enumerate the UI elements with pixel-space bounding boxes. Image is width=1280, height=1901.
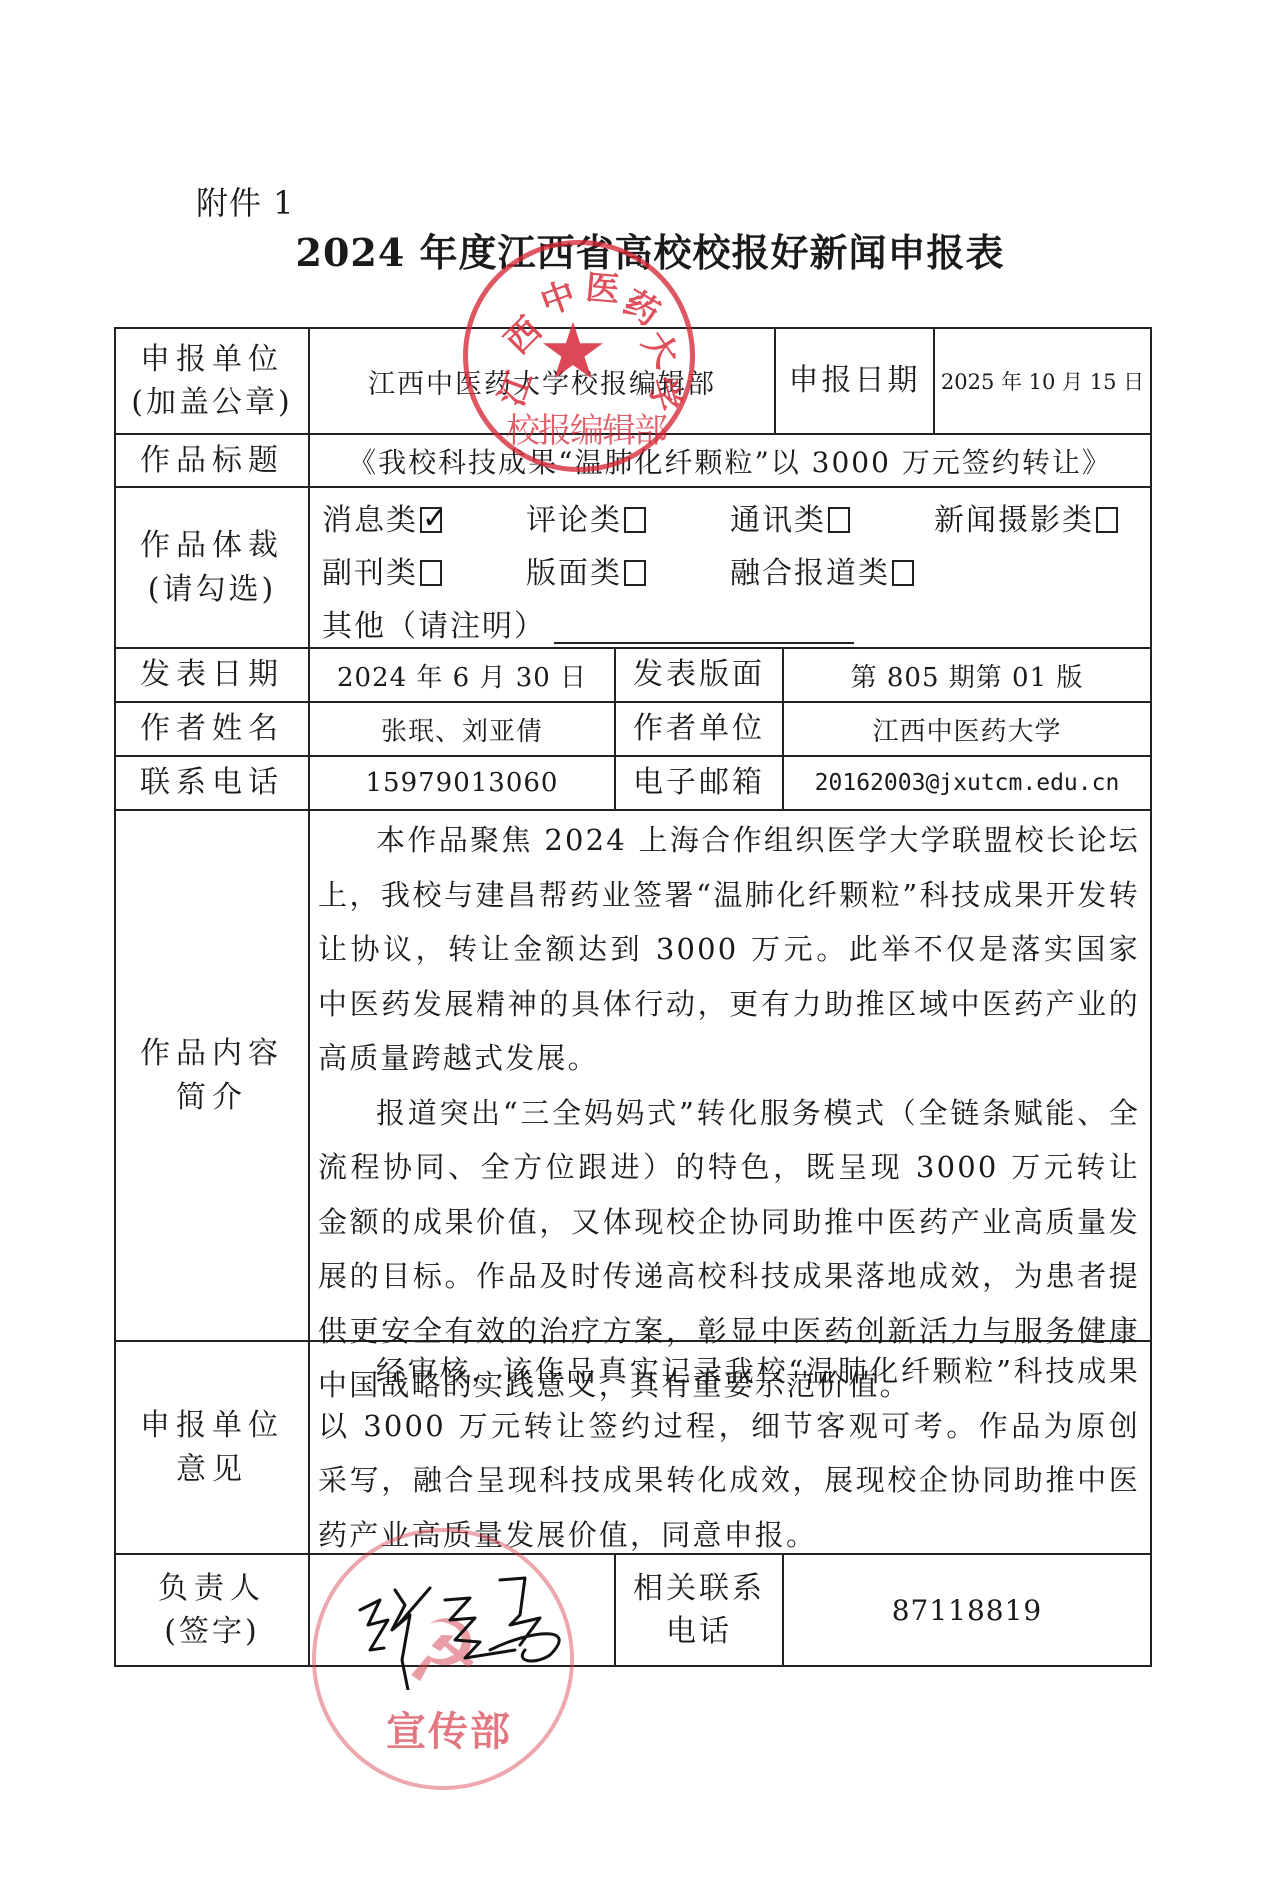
label-line: 申报单位 [140, 338, 284, 382]
publish-page-value: 第 805 期第 01 版 [784, 649, 1150, 701]
label-line: 电话 [666, 1610, 732, 1654]
genre-option-label: 融合报道类 [730, 556, 890, 591]
genre-option-media-fusion[interactable]: 融合报道类 [730, 548, 914, 592]
genre-option-commentary[interactable]: 评论类 [526, 495, 646, 539]
label-line: 简介 [176, 1076, 248, 1120]
opinion-label: 申报单位 意见 [116, 1342, 308, 1553]
genre-option-label: 消息类 [322, 503, 418, 538]
author-name-label: 作者姓名 [116, 703, 308, 755]
genre-option-label: 副刊类 [322, 556, 418, 591]
apply-date-value: 2025 年 10 月 15 日 [935, 329, 1150, 433]
handwritten-signature [350, 1570, 590, 1690]
publish-date-label: 发表日期 [116, 649, 308, 701]
label-column-divider [308, 327, 310, 1667]
contact-phone-value: 87118819 [784, 1555, 1150, 1665]
author-name-value: 张珉、刘亚倩 [310, 703, 614, 755]
seal-center-text: 宣传部 [386, 1700, 512, 1757]
genre-option-correspondence[interactable]: 通讯类 [730, 495, 850, 539]
genre-option-layout[interactable]: 版面类 [526, 548, 646, 592]
genre-option-label: 评论类 [526, 503, 622, 538]
applicant-unit-value: 江西中医药大学校报编辑部 [310, 329, 774, 433]
genre-option-photo[interactable]: 新闻摄影类 [934, 495, 1118, 539]
genre-option-news[interactable]: 消息类 [322, 495, 442, 539]
email-label: 电子邮箱 [616, 757, 782, 809]
checkbox-icon[interactable] [624, 560, 646, 586]
label-line: 意见 [176, 1448, 248, 1492]
table-border-bottom [114, 1665, 1152, 1667]
genre-other-input[interactable] [554, 612, 854, 644]
label-line: 申报单位 [140, 1404, 284, 1448]
table-border-right [1150, 327, 1152, 1667]
genre-option-label: 版面类 [526, 556, 622, 591]
phone-label: 联系电话 [116, 757, 308, 809]
genre-option-label: 新闻摄影类 [934, 503, 1094, 538]
contact-phone-label: 相关联系 电话 [616, 1555, 782, 1665]
label-line: (加盖公章) [131, 381, 292, 425]
apply-date-label: 申报日期 [776, 329, 933, 433]
author-unit-value: 江西中医药大学 [784, 703, 1150, 755]
checkbox-icon[interactable] [828, 507, 850, 533]
opinion-paragraph: 经审核，该作品真实记录我校“温肺化纤颗粒”科技成果以 3000 万元转让签约过程… [318, 1344, 1140, 1562]
label-line: 作品内容 [140, 1032, 284, 1076]
checkbox-icon[interactable] [1096, 507, 1118, 533]
summary-paragraph: 本作品聚焦 2024 上海合作组织医学大学联盟校长论坛上，我校与建昌帮药业签署“… [318, 813, 1140, 1086]
page-title: 2024 年度江西省高校校报好新闻申报表 [0, 222, 1280, 277]
publish-date-value: 2024 年 6 月 30 日 [310, 649, 614, 701]
checkbox-icon[interactable] [892, 560, 914, 586]
label-line: (签字) [164, 1610, 259, 1654]
genre-option-other: 其他（请注明） [322, 601, 854, 645]
label-line: 相关联系 [633, 1567, 765, 1611]
applicant-unit-label: 申报单位 (加盖公章) [116, 329, 308, 433]
checkbox-checked-icon[interactable] [420, 507, 442, 533]
email-value: 20162003@jxutcm.edu.cn [784, 757, 1150, 809]
publish-page-label: 发表版面 [616, 649, 782, 701]
genre-label: 作品体裁 (请勾选) [116, 488, 308, 647]
summary-label: 作品内容 简介 [116, 811, 308, 1340]
label-line: 作品体裁 [140, 524, 284, 568]
checkbox-icon[interactable] [420, 560, 442, 586]
phone-value: 15979013060 [310, 757, 614, 809]
label-line: (请勾选) [148, 568, 276, 612]
attachment-label: 附件 1 [196, 178, 295, 224]
work-title-value: 《我校科技成果“温肺化纤颗粒”以 3000 万元签约转让》 [310, 435, 1150, 486]
opinion-text: 经审核，该作品真实记录我校“温肺化纤颗粒”科技成果以 3000 万元转让签约过程… [318, 1344, 1140, 1562]
genre-option-supplement[interactable]: 副刊类 [322, 548, 442, 592]
work-title-label: 作品标题 [116, 435, 308, 486]
checkbox-icon[interactable] [624, 507, 646, 533]
responsible-person-label: 负责人 (签字) [116, 1555, 308, 1665]
summary-text: 本作品聚焦 2024 上海合作组织医学大学联盟校长论坛上，我校与建昌帮药业签署“… [318, 813, 1140, 1413]
genre-option-label: 通讯类 [730, 503, 826, 538]
label-line: 负责人 [158, 1567, 266, 1611]
author-unit-label: 作者单位 [616, 703, 782, 755]
genre-other-label: 其他（请注明） [322, 609, 546, 644]
